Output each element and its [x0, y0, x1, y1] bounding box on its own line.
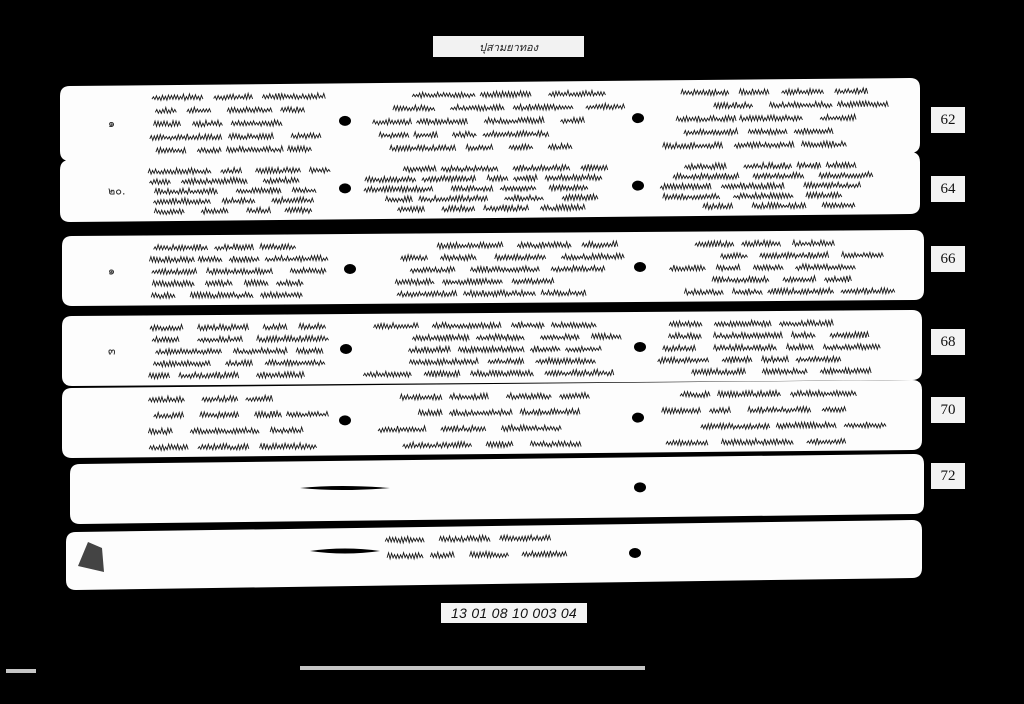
margin-folio-mark: ๑ [108, 265, 115, 278]
palm-leaf [70, 454, 924, 524]
binding-hole [634, 262, 646, 272]
page-number-tag: 64 [931, 176, 965, 202]
palm-leaf: ๑ [62, 230, 924, 306]
binding-hole [634, 482, 646, 492]
binding-hole [339, 116, 351, 126]
page-number-tag: 72 [931, 463, 965, 489]
palm-leaf: ๓ [62, 310, 922, 386]
scan-artifact [6, 669, 36, 673]
page-number-tag: 70 [931, 397, 965, 423]
binding-hole [344, 264, 356, 274]
scan-artifact [300, 666, 645, 670]
page-number-tag: 62 [931, 107, 965, 133]
binding-hole [632, 413, 644, 423]
binding-hole [632, 181, 644, 191]
palm-leaf: ๑ [60, 78, 920, 161]
margin-folio-mark: ๓ [108, 345, 116, 358]
binding-hole [634, 342, 646, 352]
palm-leaf [62, 380, 922, 458]
margin-folio-mark: ๑ [108, 117, 115, 130]
binding-hole [629, 548, 641, 558]
binding-hole [339, 415, 351, 425]
catalog-id-label: 13 01 08 10 003 04 [441, 603, 587, 623]
palm-leaf: ๒๐. [60, 152, 920, 222]
page-number-tag: 68 [931, 329, 965, 355]
palm-leaf [66, 520, 922, 590]
margin-folio-mark: ๒๐. [108, 185, 125, 198]
page-number-tag: 66 [931, 246, 965, 272]
binding-hole [339, 183, 351, 193]
binding-hole [632, 113, 644, 123]
binding-hole [340, 344, 352, 354]
palm-leaf-manuscript: ๑๒๐.๑๓ [0, 0, 1024, 704]
